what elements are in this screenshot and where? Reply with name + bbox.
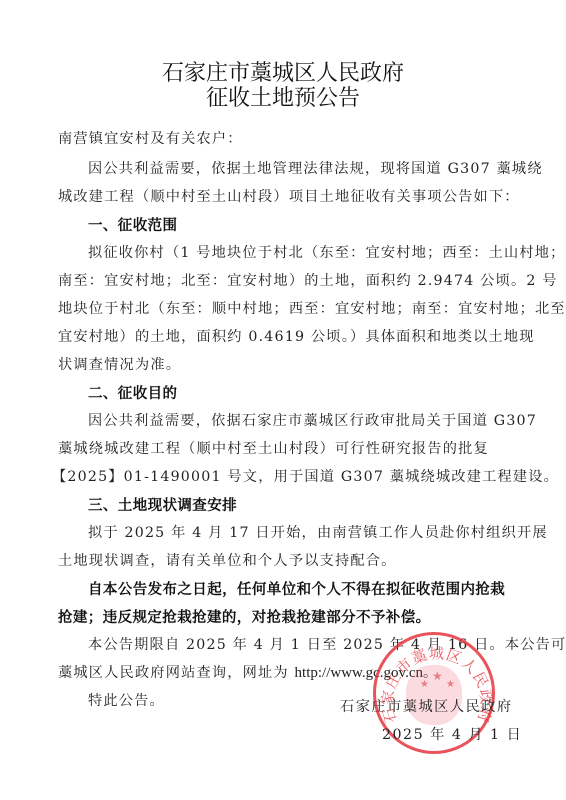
section-heading-scope: 一、征收范围 <box>88 214 548 235</box>
warning-line: 抢建；违反规定抢栽抢建的，对抢栽抢建部分不予补偿。 <box>58 606 518 627</box>
section-line: 【2025】01-1490001 号文，用于国道 G307 藁城绕城改建工程建设… <box>52 466 512 486</box>
signature-issuer: 石家庄市藁城区人民政府 <box>340 696 513 716</box>
period-prefix: 藁城区人民政府网站查询，网址为 <box>58 665 295 681</box>
section-line: 因公共利益需要，依据石家庄市藁城区行政审批局关于国道 G307 <box>88 410 548 430</box>
title-notice: 征收土地预公告 <box>0 81 566 112</box>
signature-date: 2025 年 4 月 1 日 <box>382 724 522 744</box>
section-line: 地块位于村北（东至：顺中村地；西至：宜安村地；南至：宜安村地；北至： <box>58 298 518 318</box>
section-line: 拟征收你村（1 号地块位于村北（东至：宜安村地；西至：土山村地； <box>88 242 548 262</box>
warning-line: 自本公告发布之日起，任何单位和个人不得在拟征收范围内抢栽 <box>88 578 548 599</box>
section-line: 土地现状调查，请有关单位和个人予以支持配合。 <box>58 550 518 570</box>
section-line: 宜安村地）的土地，面积约 0.4619 公顷。）具体面积和地类以土地现 <box>58 326 518 346</box>
intro-line: 因公共利益需要，依据土地管理法律法规，现将国道 G307 藁城绕 <box>88 158 548 178</box>
salutation: 南营镇宜安村及有关农户： <box>58 128 518 148</box>
section-line: 南至：宜安村地；北至：宜安村地）的土地，面积约 2.9474 公顷。2 号 <box>58 270 518 290</box>
section-line: 拟于 2025 年 4 月 17 日开始，由南营镇工作人员赴你村组织开展 <box>88 522 548 542</box>
section-heading-survey: 三、土地现状调查安排 <box>88 494 548 515</box>
intro-line: 城改建工程（顺中村至土山村段）项目土地征收有关事项公告如下： <box>58 186 518 206</box>
section-line: 藁城绕城改建工程（顺中村至土山村段）可行性研究报告的批复 <box>58 438 518 458</box>
section-heading-purpose: 二、征收目的 <box>88 382 548 403</box>
section-line: 状调查情况为准。 <box>58 354 518 374</box>
